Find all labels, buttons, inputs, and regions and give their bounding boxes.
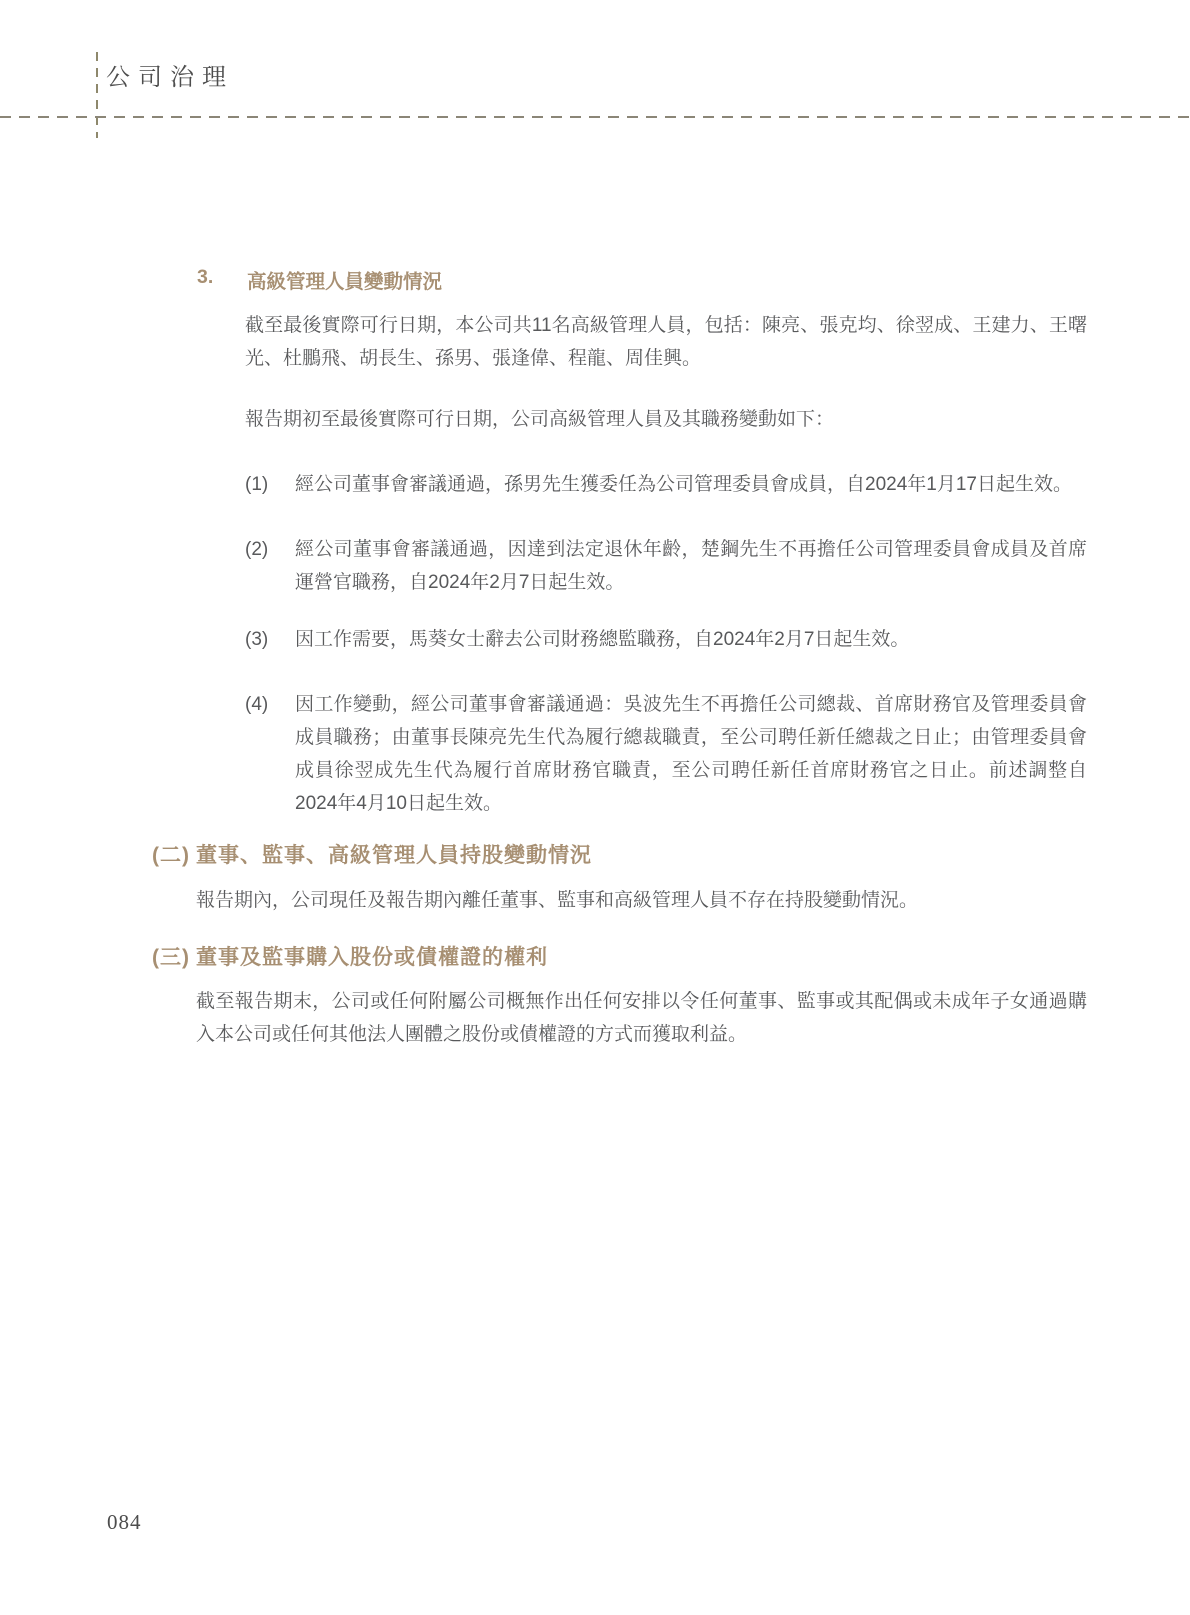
page-number: 084 [107,1510,142,1535]
section-c-heading: (三) 董事及監事購入股份或債權證的權利 [152,941,548,971]
document-page: 公司治理 3. 高級管理人員變動情況 截至最後實際可行日期，本公司共11名高級管… [0,0,1190,1615]
header-vertical-dashed-line [96,52,98,138]
list-item-2: (2) 經公司董事會審議通過，因達到法定退休年齡，楚鋼先生不再擔任公司管理委員會… [245,533,1087,599]
section3-title: 高級管理人員變動情況 [247,266,442,294]
header-horizontal-dashed-line [0,116,1190,118]
section-c-title: 董事及監事購入股份或債權證的權利 [196,941,548,971]
section-c-label: (三) [152,941,190,971]
list-item-4-text: 因工作變動，經公司董事會審議通過：吳波先生不再擔任公司總裁、首席財務官及管理委員… [295,688,1087,820]
section3-heading: 3. 高級管理人員變動情況 [197,266,442,294]
list-item-3-text: 因工作需要，馬葵女士辭去公司財務總監職務，自2024年2月7日起生效。 [295,623,1087,656]
list-item-2-number: (2) [245,533,295,599]
section3-paragraph-2: 報告期初至最後實際可行日期，公司高級管理人員及其職務變動如下： [245,403,1087,436]
list-item-3: (3) 因工作需要，馬葵女士辭去公司財務總監職務，自2024年2月7日起生效。 [245,623,1087,656]
section3-number: 3. [197,266,247,294]
section-b-label: (二) [152,839,190,869]
section3-paragraph-1: 截至最後實際可行日期，本公司共11名高級管理人員，包括：陳亮、張克均、徐翌成、王… [245,309,1087,375]
list-item-1: (1) 經公司董事會審議通過，孫男先生獲委任為公司管理委員會成員，自2024年1… [245,468,1087,501]
section-b-paragraph: 報告期內，公司現任及報告期內離任董事、監事和高級管理人員不存在持股變動情況。 [196,884,1087,917]
list-item-2-text: 經公司董事會審議通過，因達到法定退休年齡，楚鋼先生不再擔任公司管理委員會成員及首… [295,533,1087,599]
section-c-paragraph: 截至報告期末，公司或任何附屬公司概無作出任何安排以令任何董事、監事或其配偶或未成… [196,985,1087,1051]
section-b-heading: (二) 董事、監事、高級管理人員持股變動情況 [152,839,592,869]
list-item-4-number: (4) [245,688,295,820]
section-b-title: 董事、監事、高級管理人員持股變動情況 [196,839,592,869]
list-item-1-number: (1) [245,468,295,501]
list-item-1-text: 經公司董事會審議通過，孫男先生獲委任為公司管理委員會成員，自2024年1月17日… [295,468,1087,501]
list-item-3-number: (3) [245,623,295,656]
list-item-4: (4) 因工作變動，經公司董事會審議通過：吳波先生不再擔任公司總裁、首席財務官及… [245,688,1087,820]
page-title: 公司治理 [106,57,234,92]
